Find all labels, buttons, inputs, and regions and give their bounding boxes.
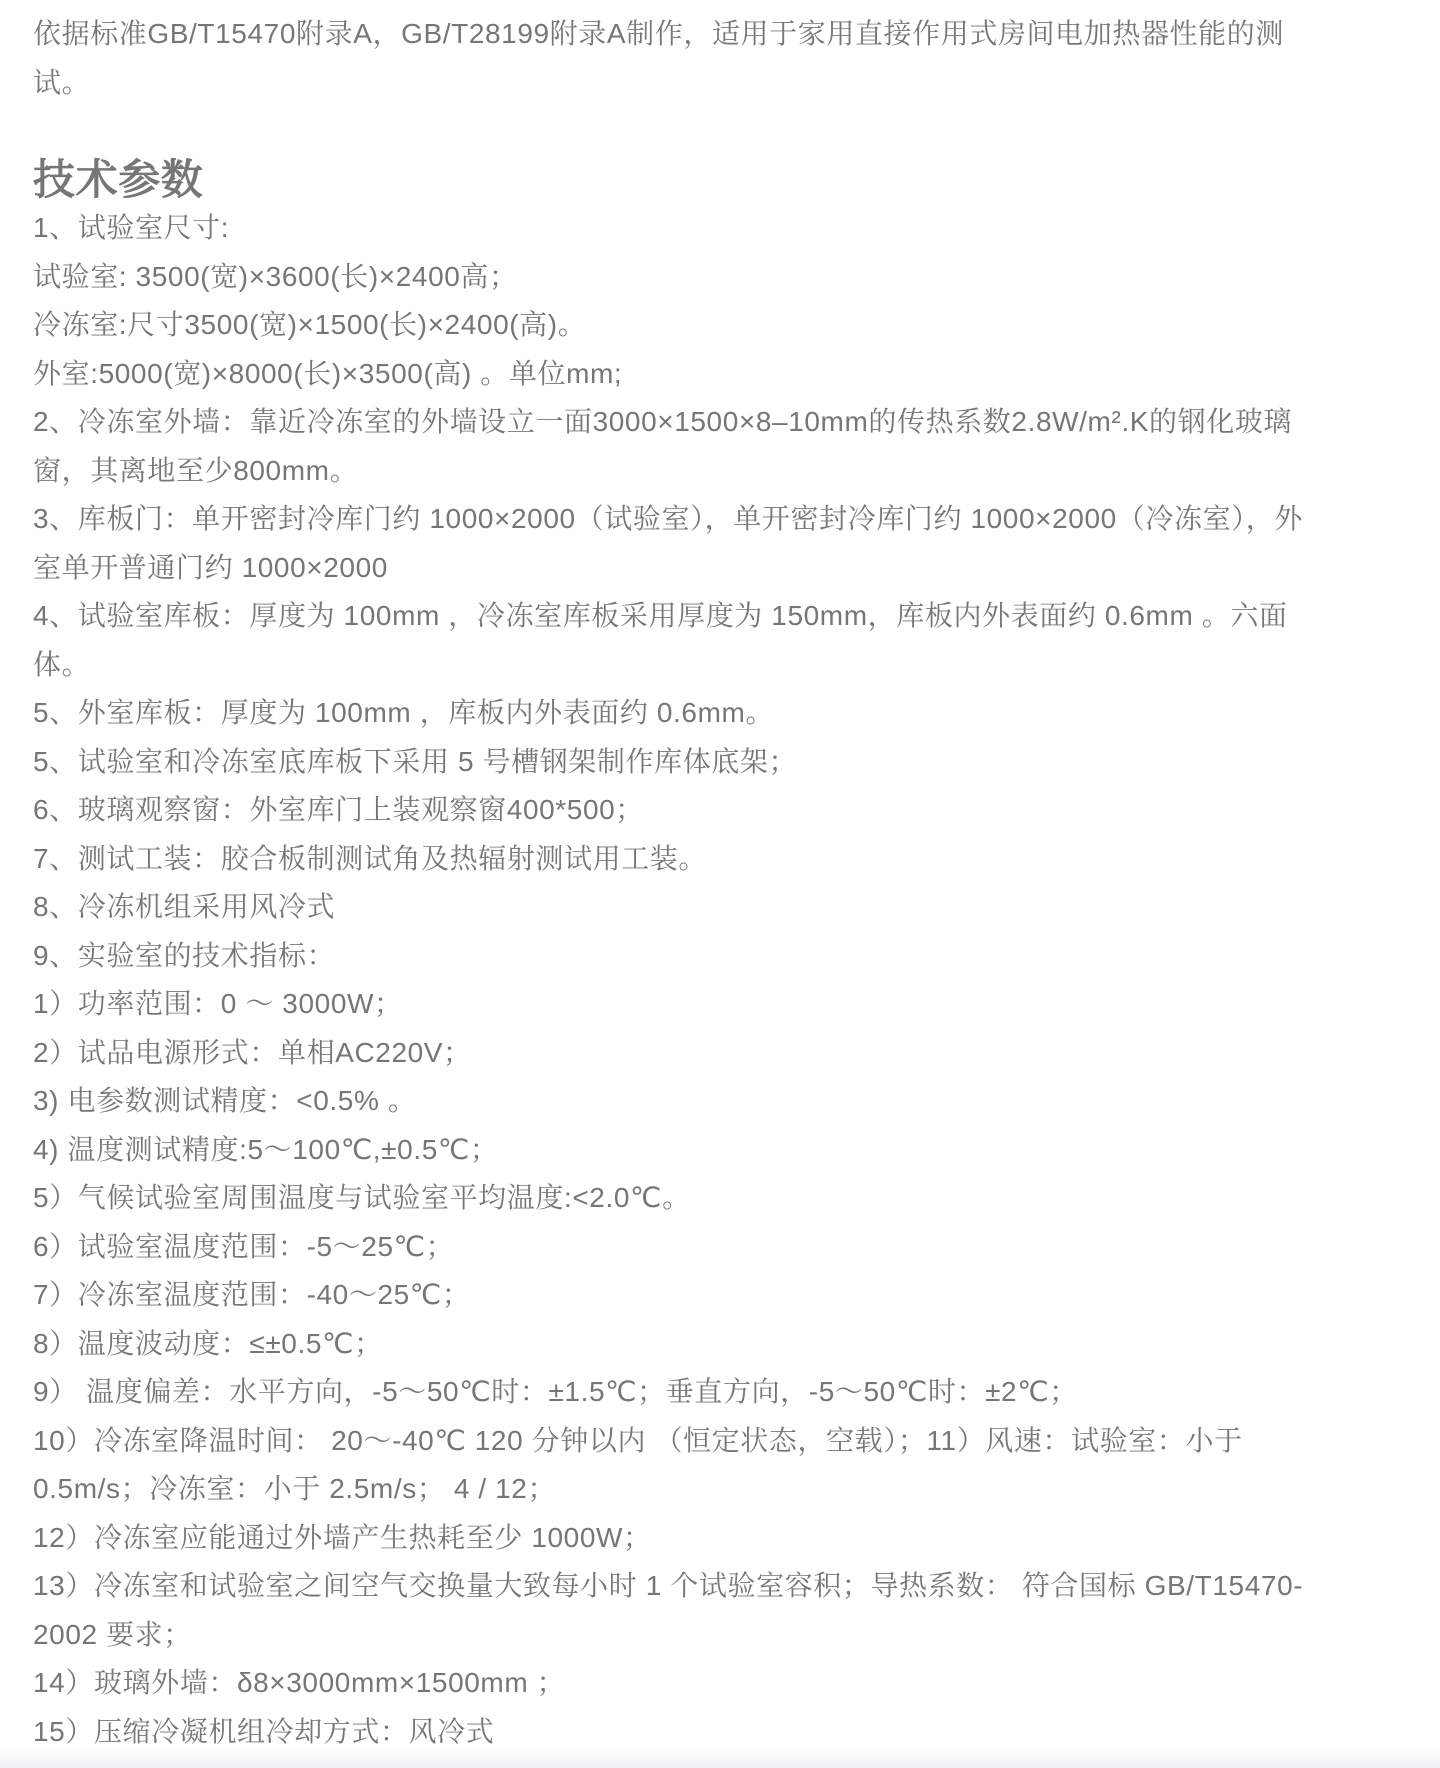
tech-param-line: 7）冷冻室温度范围：-40～25℃； bbox=[33, 1271, 1407, 1320]
tech-param-line: 10）冷冻室降温时间： 20～-40℃ 120 分钟以内 （恒定状态，空载）；1… bbox=[33, 1417, 1407, 1466]
tech-param-line: 冷冻室:尺寸3500(宽)×1500(长)×2400(高)。 bbox=[33, 301, 1407, 350]
tech-param-line: 12）冷冻室应能通过外墙产生热耗至少 1000W； bbox=[33, 1514, 1407, 1563]
tech-param-line: 8）温度波动度：≤±0.5℃； bbox=[33, 1320, 1407, 1369]
tech-param-line: 3) 电参数测试精度：<0.5% 。 bbox=[33, 1077, 1407, 1126]
tech-param-line: 窗，其离地至少800mm。 bbox=[33, 447, 1407, 496]
tech-param-line: 2）试品电源形式：单相AC220V； bbox=[33, 1029, 1407, 1078]
tech-param-line: 4、试验室库板：厚度为 100mm ，冷冻室库板采用厚度为 150mm，库板内外… bbox=[33, 592, 1407, 641]
section-heading: 技术参数 bbox=[33, 156, 1407, 205]
tech-param-line: 5）气候试验室周围温度与试验室平均温度:<2.0℃。 bbox=[33, 1174, 1407, 1223]
tech-param-line: 外室:5000(宽)×8000(长)×3500(高) 。单位mm; bbox=[33, 350, 1407, 399]
tech-param-line: 试验室: 3500(宽)×3600(长)×2400高； bbox=[33, 253, 1407, 302]
tech-param-line: 体。 bbox=[33, 641, 1407, 690]
product-description-page: 依据标准GB/T15470附录A，GB/T28199附录A制作，适用于家用直接作… bbox=[0, 0, 1440, 1768]
tech-param-line: 5、外室库板：厚度为 100mm ，库板内外表面约 0.6mm。 bbox=[33, 689, 1407, 738]
tech-param-line: 9、实验室的技术指标： bbox=[33, 932, 1407, 981]
tech-param-line: 13）冷冻室和试验室之间空气交换量大致每小时 1 个试验室容积；导热系数： 符合… bbox=[33, 1562, 1407, 1611]
tech-params-list: 1、试验室尺寸:试验室: 3500(宽)×3600(长)×2400高；冷冻室:尺… bbox=[33, 204, 1407, 1756]
tech-param-line: 14）玻璃外墙：δ8×3000mm×1500mm ； bbox=[33, 1659, 1407, 1708]
tech-param-line: 0.5m/s；冷冻室：小于 2.5m/s； 4 / 12； bbox=[33, 1465, 1407, 1514]
tech-param-line: 6、玻璃观察窗：外室库门上装观察窗400*500； bbox=[33, 786, 1407, 835]
intro-line: 依据标准GB/T15470附录A，GB/T28199附录A制作，适用于家用直接作… bbox=[33, 10, 1407, 59]
tech-param-line: 5、试验室和冷冻室底库板下采用 5 号槽钢架制作库体底架； bbox=[33, 738, 1407, 787]
tech-param-line: 6）试验室温度范围：-5～25℃； bbox=[33, 1223, 1407, 1272]
tech-param-line: 8、冷冻机组采用风冷式 bbox=[33, 883, 1407, 932]
tech-param-line: 1）功率范围：0 ～ 3000W； bbox=[33, 980, 1407, 1029]
tech-param-line: 1、试验室尺寸: bbox=[33, 204, 1407, 253]
tech-param-line: 室单开普通门约 1000×2000 bbox=[33, 544, 1407, 593]
tech-param-line: 7、测试工装：胶合板制测试角及热辐射测试用工装。 bbox=[33, 835, 1407, 884]
tech-param-line: 9） 温度偏差：水平方向，-5～50℃时：±1.5℃；垂直方向，-5～50℃时：… bbox=[33, 1368, 1407, 1417]
intro-line: 试。 bbox=[33, 59, 1407, 108]
tech-param-line: 3、库板门：单开密封冷库门约 1000×2000（试验室），单开密封冷库门约 1… bbox=[33, 495, 1407, 544]
tech-param-line: 2、冷冻室外墙：靠近冷冻室的外墙设立一面3000×1500×8–10mm的传热系… bbox=[33, 398, 1407, 447]
tech-param-line: 15）压缩冷凝机组冷却方式：风冷式 bbox=[33, 1708, 1407, 1757]
tech-param-line: 4) 温度测试精度:5～100℃,±0.5℃； bbox=[33, 1126, 1407, 1175]
tech-param-line: 2002 要求； bbox=[33, 1611, 1407, 1660]
